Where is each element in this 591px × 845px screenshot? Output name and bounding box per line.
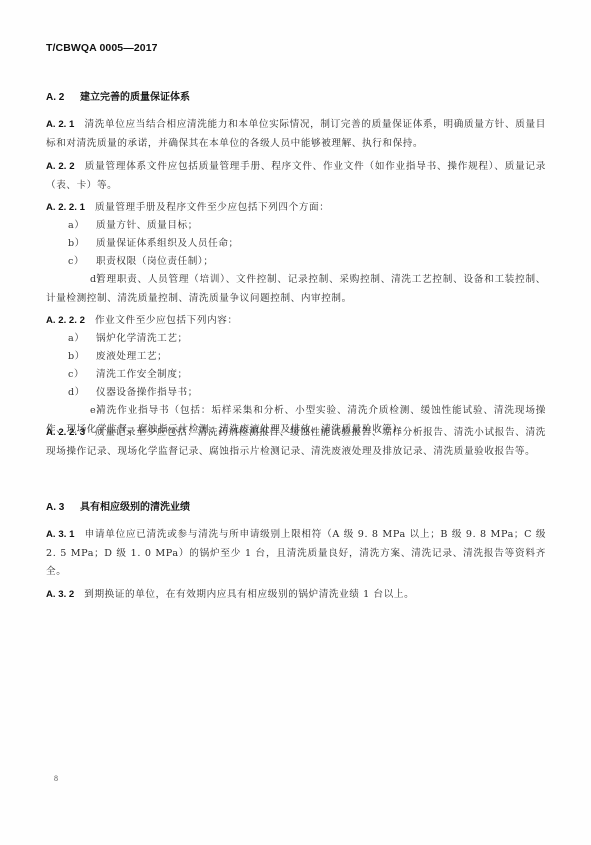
document-page: T/CBWQA 0005—2017 A. 2建立完善的质量保证体系 A. 2. … [0, 0, 591, 845]
page-number: 8 [54, 774, 58, 783]
clause-text: 申请单位应已清洗或参与清洗与所申请级别上限相符（A 级 9. 8 MPa 以上；… [46, 529, 546, 577]
clause-a22: A. 2. 2质量管理体系文件应包括质量管理手册、程序文件、作业文件（如作业指导… [46, 158, 546, 195]
list-item: a）质量方针、质量目标； [68, 217, 546, 236]
list-item: c）职责权限（岗位责任制）； [68, 253, 546, 272]
clause-text: 质量管理体系文件应包括质量管理手册、程序文件、作业文件（如作业指导书、操作规程）… [46, 161, 546, 191]
clause-text: 清洗单位应当结合相应清洗能力和本单位实际情况，制订完善的质量保证体系，明确质量方… [46, 119, 546, 149]
list-text: 质量方针、质量目标； [96, 220, 198, 231]
clause-number: A. 2. 2. 2 [46, 315, 85, 326]
section-heading-a2: A. 2建立完善的质量保证体系 [46, 88, 190, 103]
section-heading-a3: A. 3具有相应级别的清洗业绩 [46, 498, 190, 513]
list-label: b） [68, 235, 96, 254]
list-text: 职责权限（岗位责任制）； [96, 256, 214, 267]
list-text: 废液处理工艺； [96, 351, 167, 362]
list-text: 仪器设备操作指导书； [96, 387, 198, 398]
list-label: a） [68, 217, 96, 236]
list-label: c） [68, 366, 96, 385]
clause-number: A. 2. 2 [46, 161, 75, 172]
list-label: e） [68, 402, 96, 421]
clause-a222: A. 2. 2. 2作业文件至少应包括下列内容： [46, 312, 546, 331]
list-label: c） [68, 253, 96, 272]
list-item: d）仪器设备操作指导书； [68, 384, 546, 403]
list-label: a） [68, 330, 96, 349]
list-text: 管理职责、人员管理（培训）、文件控制、记录控制、采购控制、清洗工艺控制、设备和工… [46, 274, 546, 304]
list-item: d）管理职责、人员管理（培训）、文件控制、记录控制、采购控制、清洗工艺控制、设备… [46, 271, 546, 308]
section-number: A. 3 [46, 502, 80, 513]
clause-number: A. 2. 1 [46, 119, 74, 130]
clause-number: A. 2. 2. 1 [46, 202, 85, 213]
list-item: a）锅炉化学清洗工艺； [68, 330, 546, 349]
list-text: 清洗工作安全制度； [96, 369, 188, 380]
clause-number: A. 3. 2 [46, 589, 74, 600]
list-label: d） [68, 384, 96, 403]
clause-a223: A. 2. 2. 3质量记录至少应包括：清洗药剂检测报告、缓蚀性能试验报告、垢样… [46, 424, 546, 461]
section-title: 建立完善的质量保证体系 [80, 92, 190, 103]
section-title: 具有相应级别的清洗业绩 [80, 502, 190, 513]
list-item: b）质量保证体系组织及人员任命； [68, 235, 546, 254]
clause-a221: A. 2. 2. 1质量管理手册及程序文件至少应包括下列四个方面： [46, 199, 546, 218]
clause-a31: A. 3. 1申请单位应已清洗或参与清洗与所申请级别上限相符（A 级 9. 8 … [46, 526, 546, 582]
clause-text: 质量管理手册及程序文件至少应包括下列四个方面： [95, 202, 329, 213]
list-label: d） [68, 271, 96, 290]
list-text: 锅炉化学清洗工艺； [96, 333, 188, 344]
list-item: c）清洗工作安全制度； [68, 366, 546, 385]
section-number: A. 2 [46, 92, 80, 103]
clause-text: 作业文件至少应包括下列内容： [95, 315, 238, 326]
clause-a21: A. 2. 1清洗单位应当结合相应清洗能力和本单位实际情况，制订完善的质量保证体… [46, 116, 546, 153]
clause-text: 质量记录至少应包括：清洗药剂检测报告、缓蚀性能试验报告、垢样分析报告、清洗小试报… [46, 427, 546, 457]
list-text: 质量保证体系组织及人员任命； [96, 238, 239, 249]
clause-number: A. 2. 2. 3 [46, 427, 85, 438]
list-label: b） [68, 348, 96, 367]
list-item: b）废液处理工艺； [68, 348, 546, 367]
clause-number: A. 3. 1 [46, 529, 75, 540]
clause-text: 到期换证的单位，在有效期内应具有相应级别的锅炉清洗业绩 1 台以上。 [84, 589, 414, 600]
clause-a32: A. 3. 2到期换证的单位，在有效期内应具有相应级别的锅炉清洗业绩 1 台以上… [46, 586, 546, 605]
standard-code: T/CBWQA 0005—2017 [46, 42, 158, 54]
